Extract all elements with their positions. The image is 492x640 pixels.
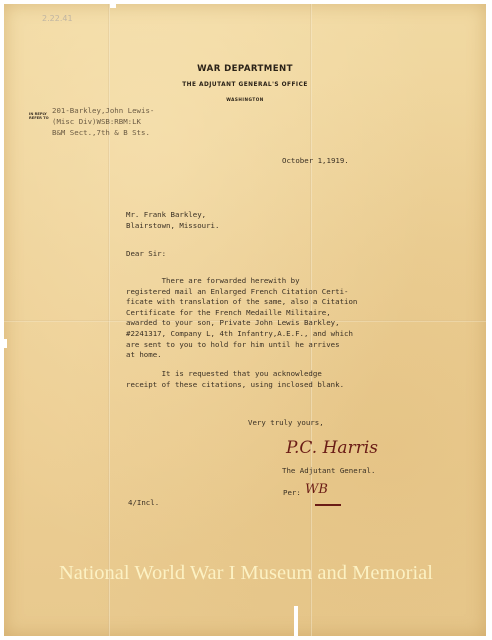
body-line: at home.	[126, 350, 357, 361]
paper-tear	[294, 606, 298, 640]
letterhead-office: THE ADJUTANT GENERAL'S OFFICE	[4, 82, 486, 88]
per-label: Per:	[283, 488, 301, 499]
reference-block: 201-Barkley,John Lewis-(Misc Div)WSB:RBM…	[52, 105, 154, 138]
body-line: registered mail an Enlarged French Citat…	[126, 287, 357, 298]
recipient-block: Mr. Frank Barkley,Blairstown, Missouri.	[126, 210, 219, 231]
paper-tear	[110, 4, 116, 8]
reply-label-line2: REFER TO	[29, 116, 49, 120]
body-line: ficate with translation of the same, als…	[126, 297, 357, 308]
letter-paper: 2.22.41 WAR DEPARTMENT THE ADJUTANT GENE…	[4, 4, 486, 636]
body-line: receipt of these citations, using inclos…	[126, 380, 344, 391]
museum-watermark: National World War I Museum and Memorial	[0, 562, 492, 585]
letter-date: October 1,1919.	[282, 156, 349, 167]
initials-underline	[315, 504, 341, 506]
signature: P.C. Harris	[286, 438, 378, 458]
body-line: are sent to you to hold for him until he…	[126, 340, 357, 351]
reference-line: 201-Barkley,John Lewis-	[52, 105, 154, 116]
body-paragraph-2: It is requested that you acknowledgerece…	[126, 369, 344, 390]
reference-line: B&M Sect.,7th & B Sts.	[52, 127, 154, 138]
paper-tear	[4, 339, 7, 348]
letterhead-department: WAR DEPARTMENT	[4, 64, 486, 74]
body-line: It is requested that you acknowledge	[126, 369, 344, 380]
enclosures: 4/Incl.	[128, 498, 159, 509]
pencil-archive-mark: 2.22.41	[42, 14, 73, 23]
salutation: Dear Sir:	[126, 249, 166, 260]
closing: Very truly yours,	[248, 418, 324, 429]
body-line: Certificate for the French Medaille Mili…	[126, 308, 357, 319]
body-line: awarded to your son, Private John Lewis …	[126, 318, 357, 329]
body-line: There are forwarded herewith by	[126, 276, 357, 287]
body-paragraph-1: There are forwarded herewith byregistere…	[126, 276, 357, 361]
recipient-address: Blairstown, Missouri.	[126, 221, 219, 232]
body-line: #2241317, Company L, 4th Infantry,A.E.F.…	[126, 329, 357, 340]
letterhead-city: WASHINGTON	[4, 97, 486, 102]
signer-title: The Adjutant General.	[282, 466, 375, 477]
reply-label: IN REPLY REFER TO	[29, 112, 49, 120]
recipient-name: Mr. Frank Barkley,	[126, 210, 219, 221]
reference-line: (Misc Div)WSB:RBM:LK	[52, 116, 154, 127]
per-initials: WB	[305, 482, 328, 497]
